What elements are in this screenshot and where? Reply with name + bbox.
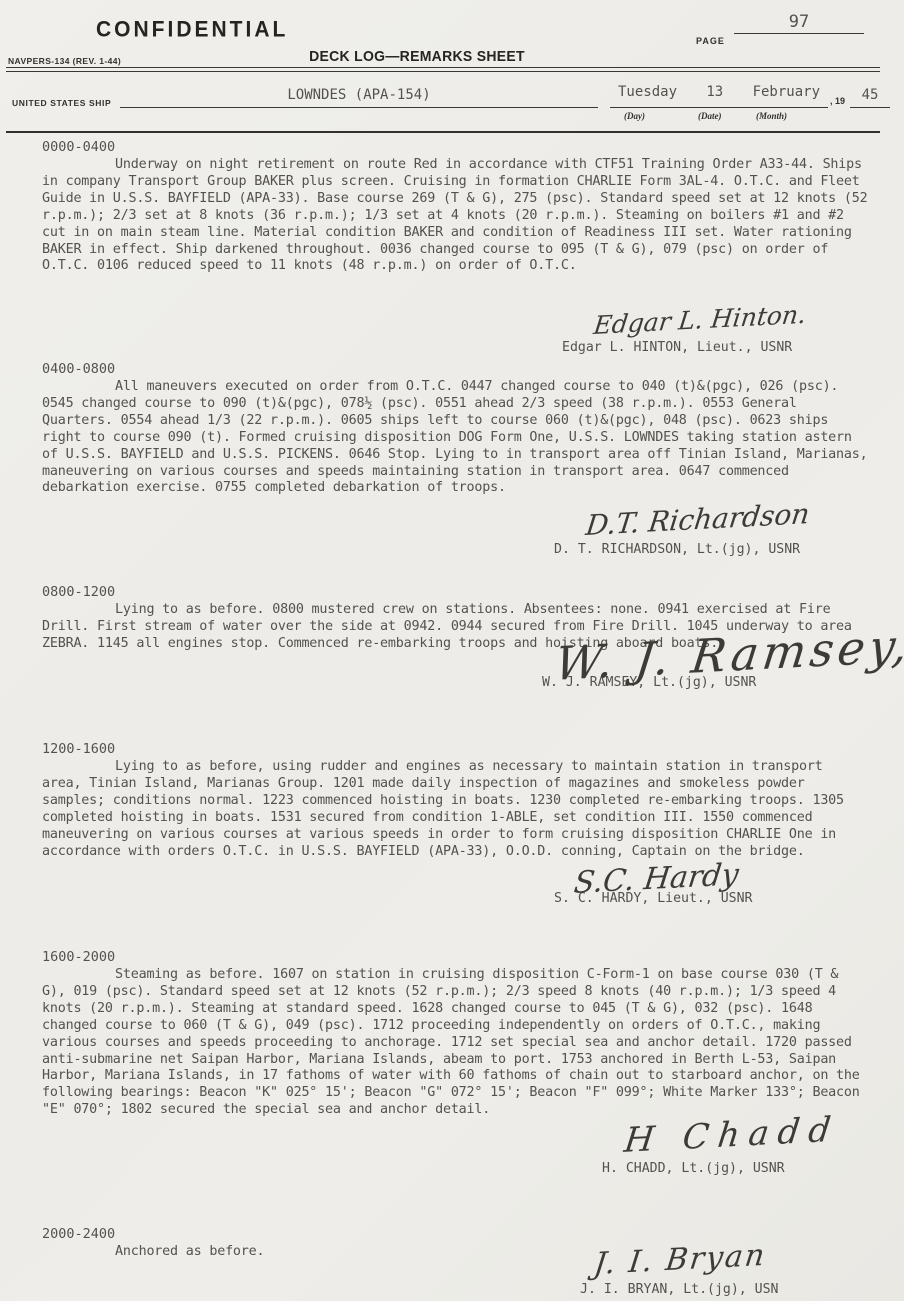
log-entry-0000-0400: 0000-0400 Underway on night retirement o…: [42, 139, 868, 355]
remarks-text: Lying to as before, using rudder and eng…: [42, 759, 868, 860]
deck-log-page: CONFIDENTIAL PAGE 97 NAVPERS-134 (REV. 1…: [0, 0, 904, 1301]
ship-name: LOWNDES (APA-154): [287, 87, 430, 103]
ship-label: UNITED STATES SHIP: [12, 98, 111, 108]
signature-block: J. I. Bryan J. I. BRYAN, Lt.(jg), USN: [580, 1247, 904, 1297]
signature-block: W. J. Ramsey, W. J. RAMSEY, Lt.(jg), USN…: [542, 637, 872, 690]
log-entry-0400-0800: 0400-0800 All maneuvers executed on orde…: [42, 361, 868, 557]
remarks-text: All maneuvers executed on order from O.T…: [42, 379, 868, 497]
page-number: 97: [734, 12, 864, 34]
ship-row-divider: [6, 131, 880, 133]
signature-typed: J. I. BRYAN, Lt.(jg), USN: [580, 1282, 904, 1297]
day-value: Tuesday: [618, 84, 677, 107]
ship-name-field: LOWNDES (APA-154): [120, 84, 598, 108]
ship-and-date-row: UNITED STATES SHIP LOWNDES (APA-154) Tue…: [12, 84, 880, 130]
signature-block: S.C. Hardy S. C. HARDY, Lieut., USNR: [554, 866, 884, 906]
month-label: (Month): [756, 111, 787, 121]
log-entry-2000-2400: 2000-2400 Anchored as before. J. I. Brya…: [42, 1226, 868, 1297]
watch-period: 1200-1600: [42, 741, 868, 758]
signature-block: H Chadd H. CHADD, Lt.(jg), USNR: [602, 1121, 904, 1176]
watch-period: 1600-2000: [42, 949, 868, 966]
watch-period: 0000-0400: [42, 139, 868, 156]
day-label: (Day): [624, 111, 645, 121]
year-field: 45: [850, 84, 890, 108]
date-line: Tuesday 13 February: [610, 84, 828, 108]
page-label: PAGE: [696, 36, 725, 46]
signature-typed: Edgar L. HINTON, Lieut., USNR: [562, 340, 892, 355]
signature-block: Edgar L. Hinton. Edgar L. HINTON, Lieut.…: [562, 311, 892, 355]
year-prefix: , 19: [830, 96, 845, 106]
signature-block: D.T. Richardson D. T. RICHARDSON, Lt.(jg…: [554, 509, 884, 557]
watch-period: 0400-0800: [42, 361, 868, 378]
date-value: 13: [706, 84, 723, 107]
year-value: 45: [862, 87, 879, 103]
remarks-text: Underway on night retirement on route Re…: [42, 157, 868, 275]
log-entry-1600-2000: 1600-2000 Steaming as before. 1607 on st…: [42, 949, 868, 1176]
date-label: (Date): [698, 111, 722, 121]
watch-period: 0800-1200: [42, 584, 868, 601]
page-number-field: PAGE 97: [734, 12, 864, 34]
month-value: February: [753, 84, 820, 107]
log-entry-1200-1600: 1200-1600 Lying to as before, using rudd…: [42, 741, 868, 906]
signature-typed: D. T. RICHARDSON, Lt.(jg), USNR: [554, 542, 884, 557]
header-divider: [6, 67, 880, 72]
form-title: DECK LOG—REMARKS SHEET: [0, 48, 834, 65]
signature-typed: H. CHADD, Lt.(jg), USNR: [602, 1161, 904, 1176]
confidential-stamp: CONFIDENTIAL: [96, 17, 288, 42]
log-entry-0800-1200: 0800-1200 Lying to as before. 0800 muste…: [42, 584, 868, 690]
signature-script: D.T. Richardson: [584, 493, 888, 542]
signature-script: Edgar L. Hinton.: [592, 295, 895, 340]
remarks-text: Steaming as before. 1607 on station in c…: [42, 967, 868, 1119]
